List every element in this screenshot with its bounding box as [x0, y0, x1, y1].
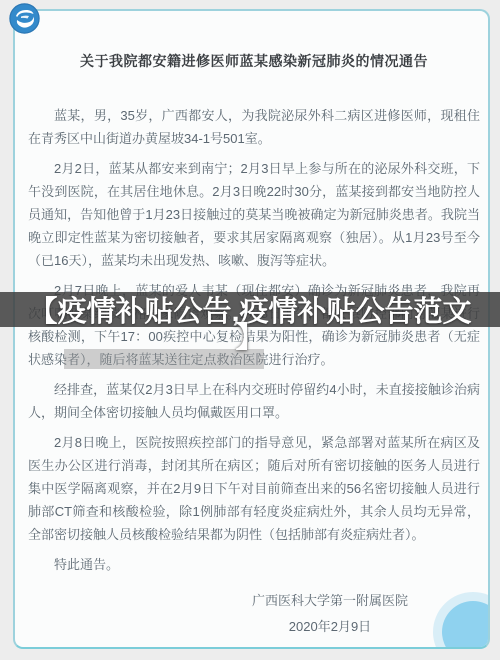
notice-paragraph: 2月8日晚上，医院按照疾控部门的指导意见，紧急部署对蓝某所在病区及医生办公区进行…	[28, 431, 480, 546]
notice-paragraph: 特此通告。	[28, 553, 480, 576]
notice-paragraph: 2月2日，蓝某从都安来到南宁；2月3日早上参与所在的泌尿外科交班，下午没到医院，…	[28, 157, 480, 272]
signature-block: 广西医科大学第一附属医院 2020年2月9日	[170, 592, 490, 635]
page-background: 关于我院都安籍进修医师蓝某感染新冠肺炎的情况通告 蓝某，男，35岁，广西都安人，…	[0, 0, 500, 660]
notice-paragraph: 经排查，蓝某仅2月3日早上在科内交班时停留约4小时，未直接接触诊治病人，期间全体…	[28, 378, 480, 424]
app-logo-icon	[9, 3, 40, 34]
watermark-text-line2: 】	[0, 322, 500, 354]
signature-org: 广西医科大学第一附属医院	[170, 592, 490, 609]
notice-paragraph: 蓝某，男，35岁，广西都安人，为我院泌尿外科二病区进修医师，现租住在青秀区中山街…	[28, 104, 480, 150]
notice-title: 关于我院都安籍进修医师蓝某感染新冠肺炎的情况通告	[28, 52, 480, 71]
signature-date: 2020年2月9日	[170, 618, 490, 635]
